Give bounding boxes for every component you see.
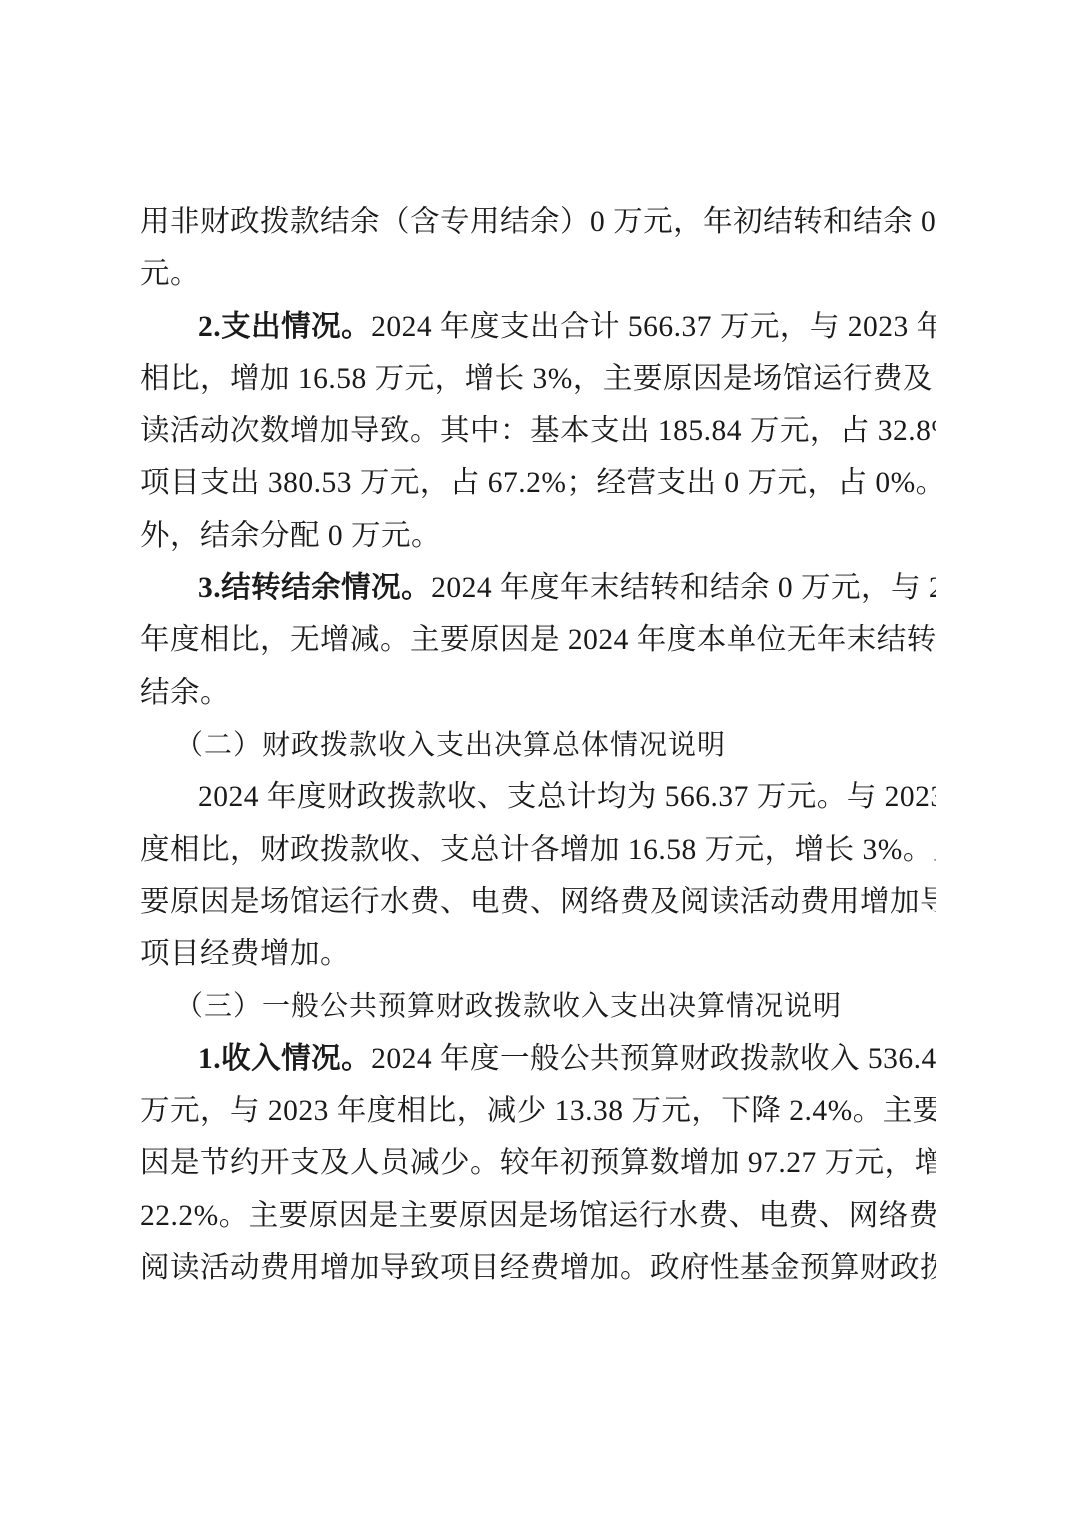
carryover-paragraph-first-line: 3.结转结余情况。2024 年度年末结转和结余 0 万元，与 2023 bbox=[140, 562, 936, 614]
paragraph-line: 相比，增加 16.58 万元，增长 3%，主要原因是场馆运行费及阅 bbox=[140, 353, 936, 405]
paragraph-text: 2024 年度支出合计 566.37 万元，与 2023 年度 bbox=[371, 311, 936, 343]
paragraph-line: 项目支出 380.53 万元，占 67.2%；经营支出 0 万元，占 0%。此 bbox=[140, 457, 936, 509]
paragraph-line: 阅读活动费用增加导致项目经费增加。政府性基金预算财政拨款 bbox=[140, 1242, 936, 1294]
income-label: 1.收入情况。 bbox=[198, 1043, 371, 1075]
paragraph-line: 结余。 bbox=[140, 667, 936, 719]
income-paragraph-first-line: 1.收入情况。2024 年度一般公共预算财政拨款收入 536.41 bbox=[140, 1033, 936, 1085]
paragraph-line: 用非财政拨款结余（含专用结余）0 万元，年初结转和结余 0 万 bbox=[140, 196, 936, 248]
paragraph-text: 2024 年度一般公共预算财政拨款收入 536.41 bbox=[371, 1043, 936, 1075]
section-heading-3: （三）一般公共预算财政拨款收入支出决算情况说明 bbox=[140, 980, 936, 1032]
carryover-label: 3.结转结余情况。 bbox=[198, 572, 431, 604]
paragraph-line: 万元，与 2023 年度相比，减少 13.38 万元，下降 2.4%。主要原 bbox=[140, 1085, 936, 1137]
paragraph-line: 要原因是场馆运行水费、电费、网络费及阅读活动费用增加导致 bbox=[140, 876, 936, 928]
paragraph-line: 年度相比，无增减。主要原因是 2024 年度本单位无年末结转和 bbox=[140, 614, 936, 666]
paragraph-line: 元。 bbox=[140, 248, 936, 300]
paragraph-text: 2024 年度年末结转和结余 0 万元，与 2023 bbox=[431, 572, 936, 604]
paragraph-line: 项目经费增加。 bbox=[140, 928, 936, 980]
paragraph-line: 因是节约开支及人员减少。较年初预算数增加 97.27 万元，增长 bbox=[140, 1137, 936, 1189]
paragraph-line: 外，结余分配 0 万元。 bbox=[140, 510, 936, 562]
paragraph-line: 22.2%。主要原因是主要原因是场馆运行水费、电费、网络费及 bbox=[140, 1190, 936, 1242]
paragraph-line: 2024 年度财政拨款收、支总计均为 566.37 万元。与 2023 年 bbox=[140, 771, 936, 823]
expenditure-paragraph-first-line: 2.支出情况。2024 年度支出合计 566.37 万元，与 2023 年度 bbox=[140, 301, 936, 353]
expenditure-label: 2.支出情况。 bbox=[198, 311, 371, 343]
section-heading-2: （二）财政拨款收入支出决算总体情况说明 bbox=[140, 719, 936, 771]
paragraph-line: 度相比，财政拨款收、支总计各增加 16.58 万元，增长 3%。主 bbox=[140, 824, 936, 876]
document-page: 用非财政拨款结余（含专用结余）0 万元，年初结转和结余 0 万 元。 2.支出情… bbox=[140, 196, 936, 1294]
paragraph-line: 读活动次数增加导致。其中：基本支出 185.84 万元，占 32.8%； bbox=[140, 405, 936, 457]
